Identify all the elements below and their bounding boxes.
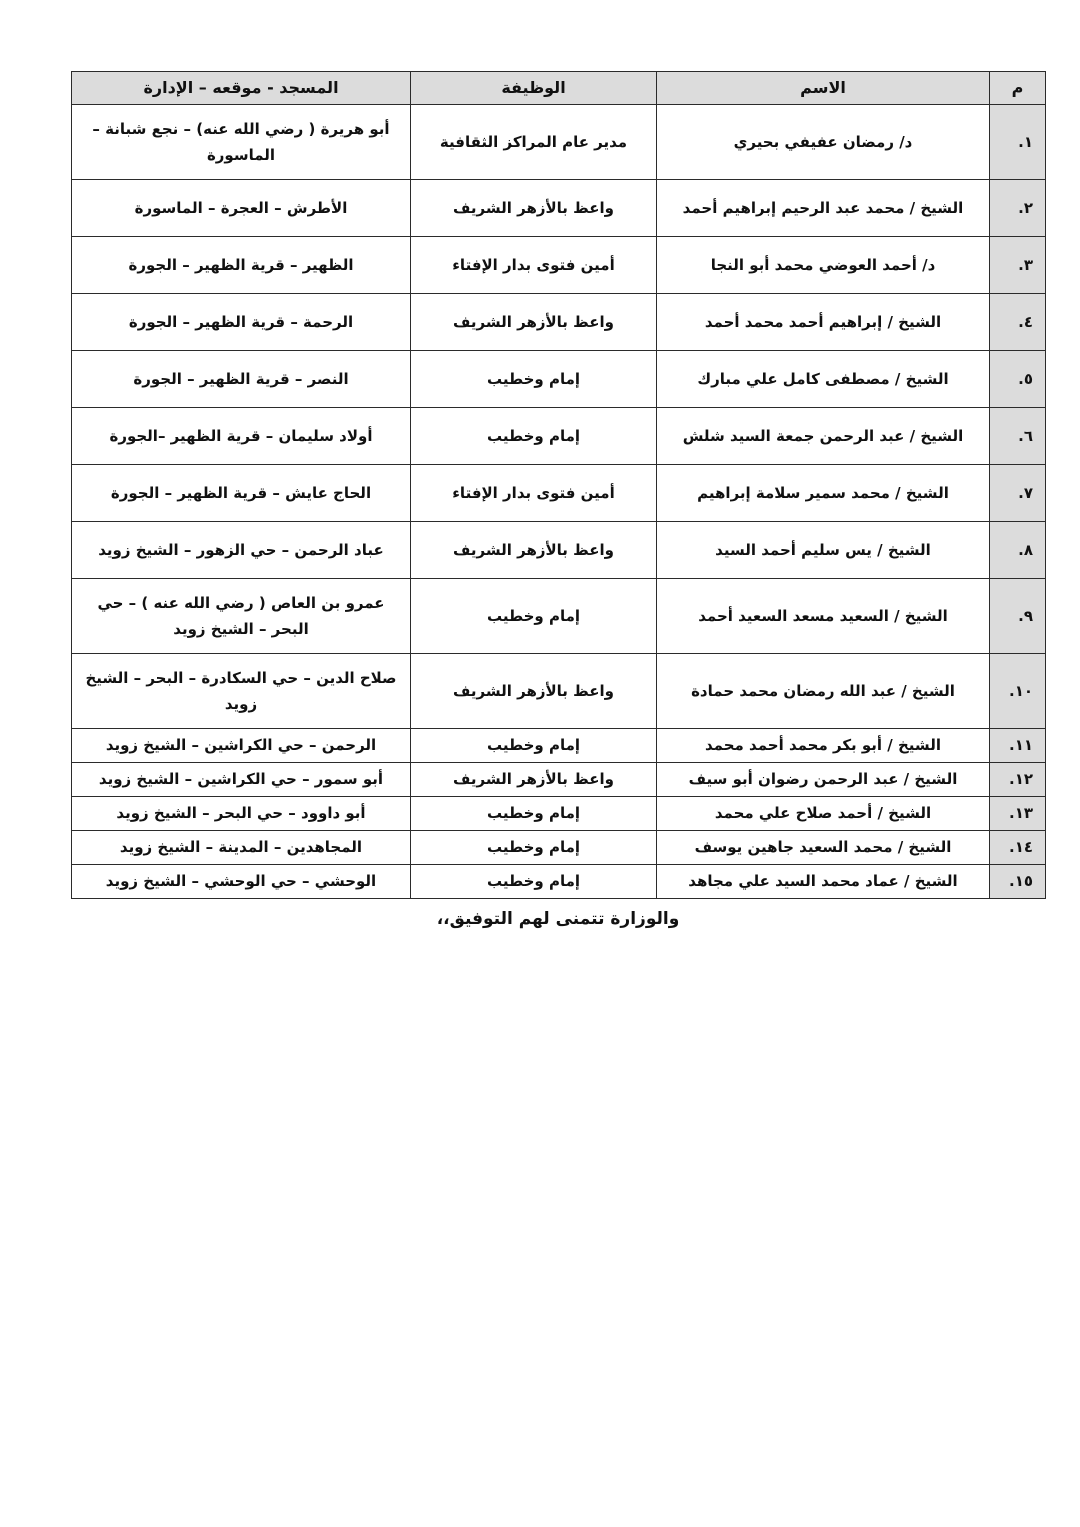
table-row: ١٥. الشيخ / عماد محمد السيد علي مجاهد إم… <box>72 865 1046 899</box>
table-row: ٢. الشيخ / محمد عبد الرحيم إبراهيم أحمد … <box>72 180 1046 237</box>
row-job: إمام وخطيب <box>411 579 657 654</box>
row-location: الوحشي – حي الوحشي – الشيخ زويد <box>72 865 411 899</box>
row-name: الشيخ / محمد السعيد جاهين يوسف <box>657 831 990 865</box>
row-location: عمرو بن العاص ( رضي الله عنه ) – حي البح… <box>72 579 411 654</box>
closing-note: والوزارة تتمنى لهم التوفيق،، <box>71 909 1045 929</box>
row-location: أبو سمور – حي الكراشين – الشيخ زويد <box>72 763 411 797</box>
assignments-table: م الاسم الوظيفة المسجد - موقعه – الإدارة… <box>71 71 1046 899</box>
row-job: إمام وخطيب <box>411 351 657 408</box>
row-name: الشيخ / مصطفى كامل علي مبارك <box>657 351 990 408</box>
row-name: الشيخ / عبد الرحمن رضوان أبو سيف <box>657 763 990 797</box>
row-job: واعظ بالأزهر الشريف <box>411 294 657 351</box>
row-num: ٢. <box>990 180 1046 237</box>
table-row: ٥. الشيخ / مصطفى كامل علي مبارك إمام وخط… <box>72 351 1046 408</box>
table-row: ٦. الشيخ / عبد الرحمن جمعة السيد شلش إما… <box>72 408 1046 465</box>
row-job: أمين فتوى بدار الإفتاء <box>411 237 657 294</box>
row-job: واعظ بالأزهر الشريف <box>411 654 657 729</box>
row-name: الشيخ / السعيد مسعد السعيد أحمد <box>657 579 990 654</box>
table-row: ١٠. الشيخ / عبد الله رمضان محمد حمادة وا… <box>72 654 1046 729</box>
table-row: ١. د/ رمضان عفيفي بحيري مدير عام المراكز… <box>72 105 1046 180</box>
row-job: إمام وخطيب <box>411 831 657 865</box>
row-location: المجاهدين – المدينة – الشيخ زويد <box>72 831 411 865</box>
row-num: ٥. <box>990 351 1046 408</box>
row-num: ٧. <box>990 465 1046 522</box>
row-job: واعظ بالأزهر الشريف <box>411 763 657 797</box>
row-num: ١٤. <box>990 831 1046 865</box>
row-num: ١٠. <box>990 654 1046 729</box>
row-location: الظهير – قرية الظهير – الجورة <box>72 237 411 294</box>
table-row: ١٢. الشيخ / عبد الرحمن رضوان أبو سيف واع… <box>72 763 1046 797</box>
row-location: عباد الرحمن – حي الزهور – الشيخ زويد <box>72 522 411 579</box>
row-num: ٣. <box>990 237 1046 294</box>
row-name: الشيخ / عبد الرحمن جمعة السيد شلش <box>657 408 990 465</box>
row-num: ١٥. <box>990 865 1046 899</box>
row-num: ١. <box>990 105 1046 180</box>
row-job: إمام وخطيب <box>411 408 657 465</box>
table-row: ١١. الشيخ / أبو بكر محمد أحمد محمد إمام … <box>72 729 1046 763</box>
row-job: واعظ بالأزهر الشريف <box>411 180 657 237</box>
row-name: الشيخ / إبراهيم أحمد محمد أحمد <box>657 294 990 351</box>
row-name: الشيخ / يس سليم أحمد السيد <box>657 522 990 579</box>
table-row: ٨. الشيخ / يس سليم أحمد السيد واعظ بالأز… <box>72 522 1046 579</box>
row-location: الأطرش – العجرة – الماسورة <box>72 180 411 237</box>
row-location: صلاح الدين – حي السكادرة – البحر – الشيخ… <box>72 654 411 729</box>
header-num: م <box>990 72 1046 105</box>
row-job: إمام وخطيب <box>411 729 657 763</box>
table-header-row: م الاسم الوظيفة المسجد - موقعه – الإدارة <box>72 72 1046 105</box>
header-job: الوظيفة <box>411 72 657 105</box>
row-num: ٦. <box>990 408 1046 465</box>
row-num: ١٢. <box>990 763 1046 797</box>
row-num: ٨. <box>990 522 1046 579</box>
row-location: أبو داوود – حي البحر – الشيخ زويد <box>72 797 411 831</box>
table-row: ٩. الشيخ / السعيد مسعد السعيد أحمد إمام … <box>72 579 1046 654</box>
row-num: ١٣. <box>990 797 1046 831</box>
row-job: مدير عام المراكز الثقافية <box>411 105 657 180</box>
row-location: أبو هريرة ( رضي الله عنه) – نجع شبانة – … <box>72 105 411 180</box>
row-location: الحاج عايش – قرية الظهير – الجورة <box>72 465 411 522</box>
row-job: أمين فتوى بدار الإفتاء <box>411 465 657 522</box>
row-name: الشيخ / محمد سمير سلامة إبراهيم <box>657 465 990 522</box>
table-row: ٧. الشيخ / محمد سمير سلامة إبراهيم أمين … <box>72 465 1046 522</box>
row-job: إمام وخطيب <box>411 797 657 831</box>
header-name: الاسم <box>657 72 990 105</box>
row-name: الشيخ / أبو بكر محمد أحمد محمد <box>657 729 990 763</box>
document-page: م الاسم الوظيفة المسجد - موقعه – الإدارة… <box>71 71 1045 929</box>
row-num: ٤. <box>990 294 1046 351</box>
row-location: أولاد سليمان – قرية الظهير –الجورة <box>72 408 411 465</box>
row-name: الشيخ / عبد الله رمضان محمد حمادة <box>657 654 990 729</box>
row-name: الشيخ / محمد عبد الرحيم إبراهيم أحمد <box>657 180 990 237</box>
row-name: الشيخ / عماد محمد السيد علي مجاهد <box>657 865 990 899</box>
header-location: المسجد - موقعه – الإدارة <box>72 72 411 105</box>
table-row: ٣. د/ أحمد العوضي محمد أبو النجا أمين فت… <box>72 237 1046 294</box>
row-location: الرحمة – قرية الظهير – الجورة <box>72 294 411 351</box>
row-name: د/ أحمد العوضي محمد أبو النجا <box>657 237 990 294</box>
table-row: ٤. الشيخ / إبراهيم أحمد محمد أحمد واعظ ب… <box>72 294 1046 351</box>
table-row: ١٤. الشيخ / محمد السعيد جاهين يوسف إمام … <box>72 831 1046 865</box>
row-name: د/ رمضان عفيفي بحيري <box>657 105 990 180</box>
row-location: النصر – قرية الظهير – الجورة <box>72 351 411 408</box>
row-job: إمام وخطيب <box>411 865 657 899</box>
row-job: واعظ بالأزهر الشريف <box>411 522 657 579</box>
row-location: الرحمن – حي الكراشين – الشيخ زويد <box>72 729 411 763</box>
row-num: ١١. <box>990 729 1046 763</box>
row-num: ٩. <box>990 579 1046 654</box>
row-name: الشيخ / أحمد صلاح علي محمد <box>657 797 990 831</box>
table-row: ١٣. الشيخ / أحمد صلاح علي محمد إمام وخطي… <box>72 797 1046 831</box>
